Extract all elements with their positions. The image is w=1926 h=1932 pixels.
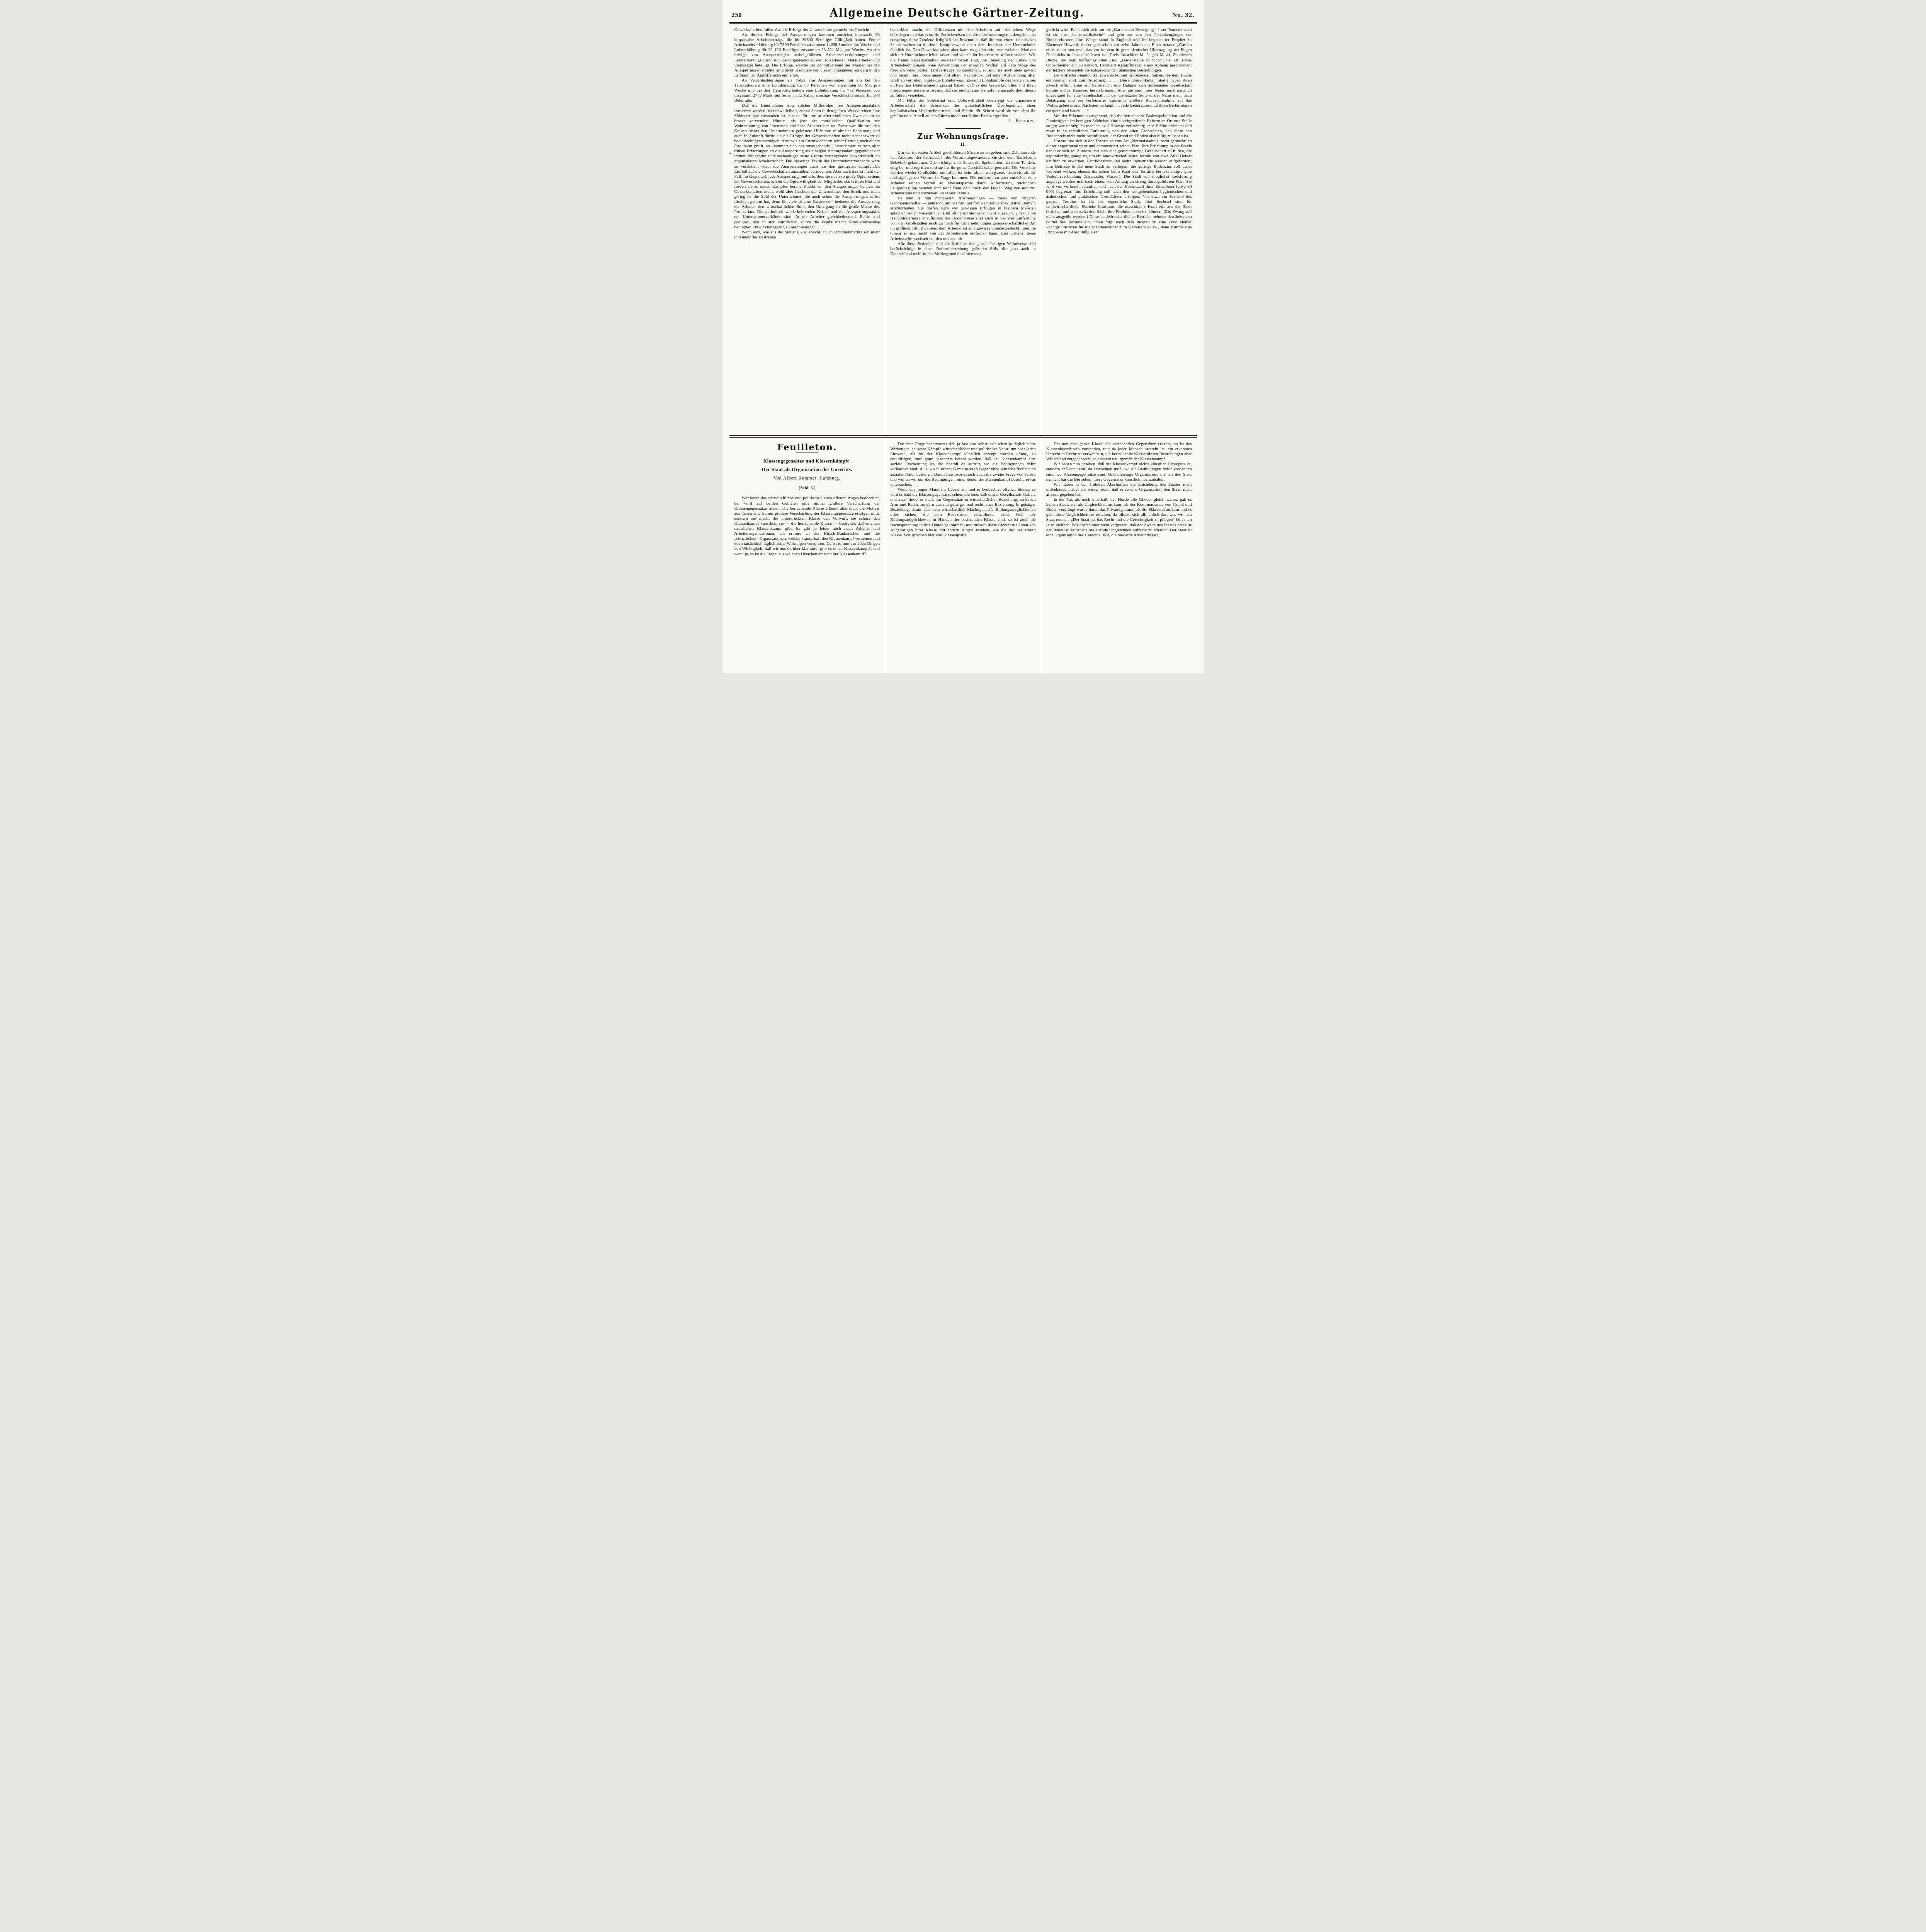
feuilleton-part-note: (Schluß.) <box>734 485 880 490</box>
feuilleton-column-2: Die erste Frage beantwortet sich ja fast… <box>885 438 1041 673</box>
main-article-section: * Gewerkschaften fallen also die Erfolge… <box>729 24 1197 435</box>
newspaper-page: 250 Allgemeine Deutsche Gärtner-Zeitung.… <box>722 0 1204 673</box>
paragraph: bemerkbar macht, die Differenzen mit den… <box>890 27 1036 98</box>
header: 250 Allgemeine Deutsche Gärtner-Zeitung.… <box>729 4 1197 21</box>
paragraph: Daß die Unternehmer trotz solcher Mißerf… <box>734 103 880 230</box>
feuilleton-heading-main: Klassengegensätze und Klassenkämpfe. <box>734 459 880 464</box>
paragraph: In der Tat, als noch innerhalb der Horde… <box>1046 497 1192 538</box>
newspaper-title: Allgemeine Deutsche Gärtner-Zeitung. <box>830 7 1085 19</box>
paragraph: Wenn ein junger Mann ins Leben tritt und… <box>890 487 1036 538</box>
feuilleton-heading-sub: Der Staat als Organisation des Unrechts. <box>734 467 880 472</box>
author-signature: L. Brunner. <box>890 119 1036 124</box>
feuilleton-title: Feuilleton. <box>734 445 880 450</box>
article-part-numeral: II. <box>890 141 1036 146</box>
paragraph: gerückt wird. Es handelt sich um die „Ga… <box>1046 27 1192 73</box>
paragraph: Von der Erkenntnis ausgehend, daß die he… <box>1046 114 1192 139</box>
paragraph: Wenn sich, wie aus der Statistik klar er… <box>734 230 880 240</box>
paragraph: Alle diese Bedenken und die Kritik an de… <box>890 241 1036 257</box>
paragraph: Wer heute das wirtschaftliche und politi… <box>734 496 880 556</box>
paragraph: Gewerkschaften fallen also die Erfolge d… <box>734 27 880 32</box>
issue-number: No. 32. <box>1172 11 1195 19</box>
page-number: 250 <box>732 12 742 19</box>
paragraph: Die erste Frage beantwortet sich ja fast… <box>890 442 1036 487</box>
section-divider <box>945 128 981 129</box>
paragraph: Um der im ersten Artikel geschilderten M… <box>890 150 1036 196</box>
main-column-1: * Gewerkschaften fallen also die Erfolge… <box>729 24 885 435</box>
paragraph: Als direkte Erfolge bei Aussperrungen ko… <box>734 32 880 78</box>
main-column-2: bemerkbar macht, die Differenzen mit den… <box>885 24 1041 435</box>
paragraph: Wir haben in den früheren Abschnitten di… <box>1046 482 1192 497</box>
article-heading-wohnungsfrage: Zur Wohnungsfrage. <box>890 134 1036 139</box>
feuilleton-section: Feuilleton. Klassengegensätze und Klasse… <box>729 438 1197 673</box>
paragraph: Es sind ja nun mancherlei Anstrengungen … <box>890 196 1036 241</box>
feuilleton-byline: Von Albert Kummer, Hamburg. <box>734 476 880 481</box>
main-column-3: gerückt wird. Es handelt sich um die „Ga… <box>1041 24 1197 435</box>
marginal-asterisk: * <box>729 152 732 157</box>
feuilleton-separator-rule <box>729 435 1197 438</box>
paragraph: Hat nun eine ganze Klasse die bestehende… <box>1046 442 1192 462</box>
paragraph: An Verschlechterungen als Folge von Auss… <box>734 78 880 103</box>
paragraph: Wir haben nun gesehen, daß der Klassenka… <box>1046 462 1192 482</box>
feuilleton-column-3: Hat nun eine ganze Klasse die bestehende… <box>1041 438 1197 673</box>
feuilleton-column-1: Feuilleton. Klassengegensätze und Klasse… <box>729 438 885 673</box>
paragraph: Der kritische Standpunkt Howards kommt i… <box>1046 73 1192 114</box>
paragraph: Howard hat sich in der Theorie so eine A… <box>1046 139 1192 235</box>
paragraph: Mit Hilfe der Solidarität und Opferwilli… <box>890 98 1036 118</box>
